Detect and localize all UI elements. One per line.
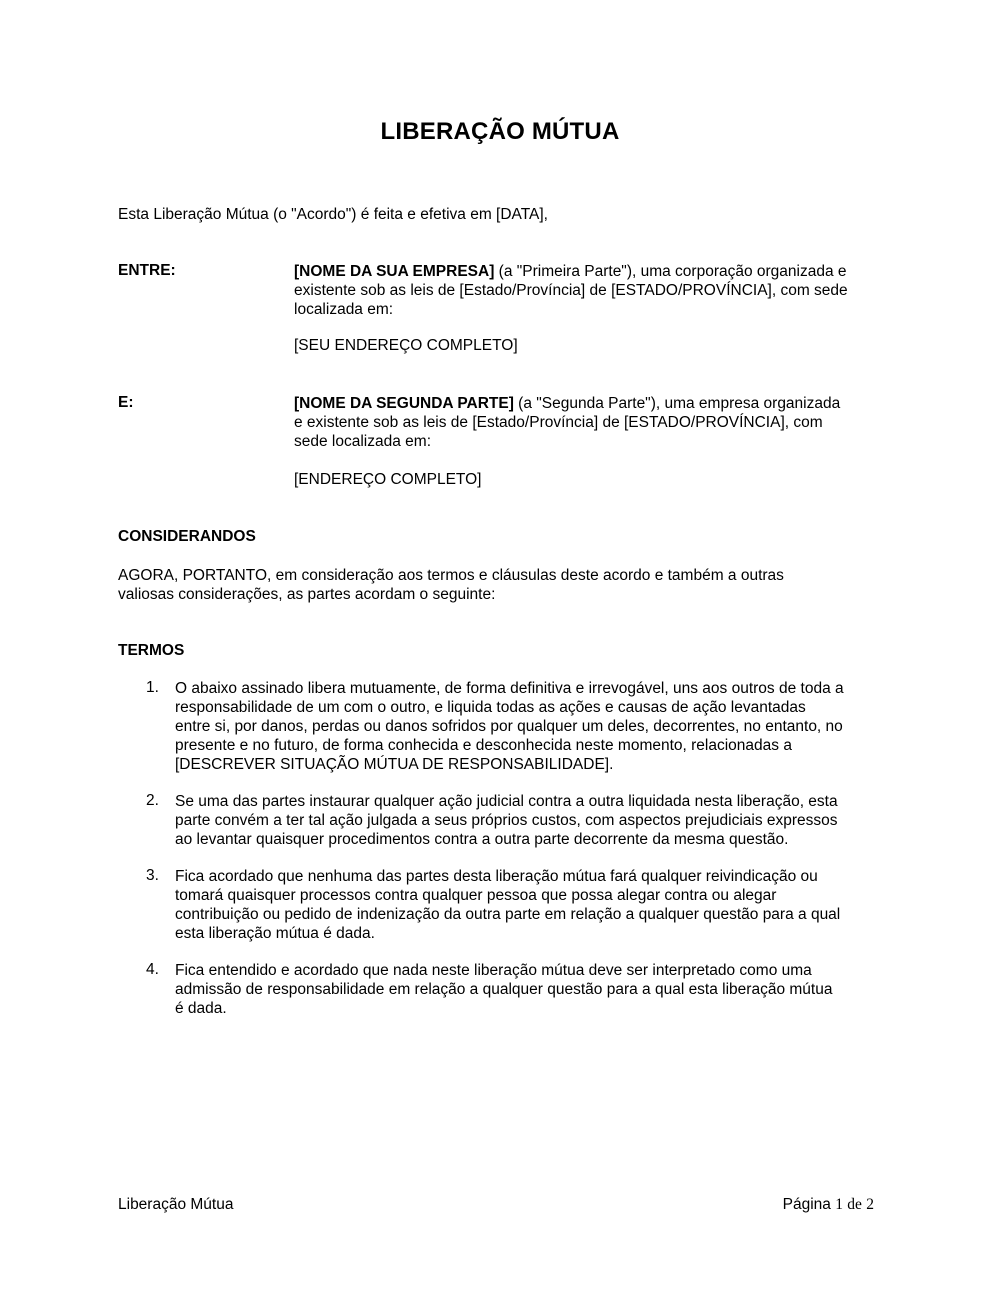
party-description-second: [NOME DA SEGUNDA PARTE] (a "Segunda Part… [294,394,894,451]
page-of: de [847,1196,862,1213]
second-party-name: [NOME DA SEGUNDA PARTE] [294,395,514,412]
second-party-address: [ENDEREÇO COMPLETO] [294,471,481,489]
party-label-entre: ENTRE: [118,262,176,280]
party-label-e: E: [118,394,134,412]
footer-document-name: Liberação Mútua [118,1196,233,1214]
page-label: Página [783,1196,831,1213]
party-description-first: [NOME DA SUA EMPRESA] (a "Primeira Parte… [294,262,894,319]
party-line: (a "Segunda Parte"), uma empresa organiz… [514,395,840,412]
term-number: 4. [146,961,166,979]
party-line: (a "Primeira Parte"), uma corporação org… [494,263,846,280]
document-title: LIBERAÇÃO MÚTUA [0,118,1000,146]
term-number: 1. [146,679,166,697]
party-line: e existente sob as leis de [Estado/Proví… [294,413,894,432]
first-party-address: [SEU ENDEREÇO COMPLETO] [294,337,518,355]
term-number: 3. [146,867,166,885]
footer-page-number: Página 1 de 2 [783,1196,874,1214]
paragraph-line: AGORA, PORTANTO, em consideração aos ter… [118,566,858,585]
term-text: O abaixo assinado libera mutuamente, de … [175,679,893,774]
party-line: sede localizada em: [294,432,894,451]
considerandos-heading: CONSIDERANDOS [118,528,256,546]
term-text: Fica acordado que nenhuma das partes des… [175,867,893,943]
paragraph-line: valiosas considerações, as partes acorda… [118,585,858,604]
considerandos-paragraph: AGORA, PORTANTO, em consideração aos ter… [118,566,858,604]
page-current: 1 [835,1196,843,1213]
term-text: Fica entendido e acordado que nada neste… [175,961,893,1018]
intro-paragraph: Esta Liberação Mútua (o "Acordo") é feit… [118,205,548,224]
page-total: 2 [866,1196,874,1213]
party-line: localizada em: [294,300,894,319]
term-number: 2. [146,792,166,810]
termos-heading: TERMOS [118,642,184,660]
party-line: existente sob as leis de [Estado/Provínc… [294,281,894,300]
term-text: Se uma das partes instaurar qualquer açã… [175,792,893,849]
first-party-name: [NOME DA SUA EMPRESA] [294,263,494,280]
